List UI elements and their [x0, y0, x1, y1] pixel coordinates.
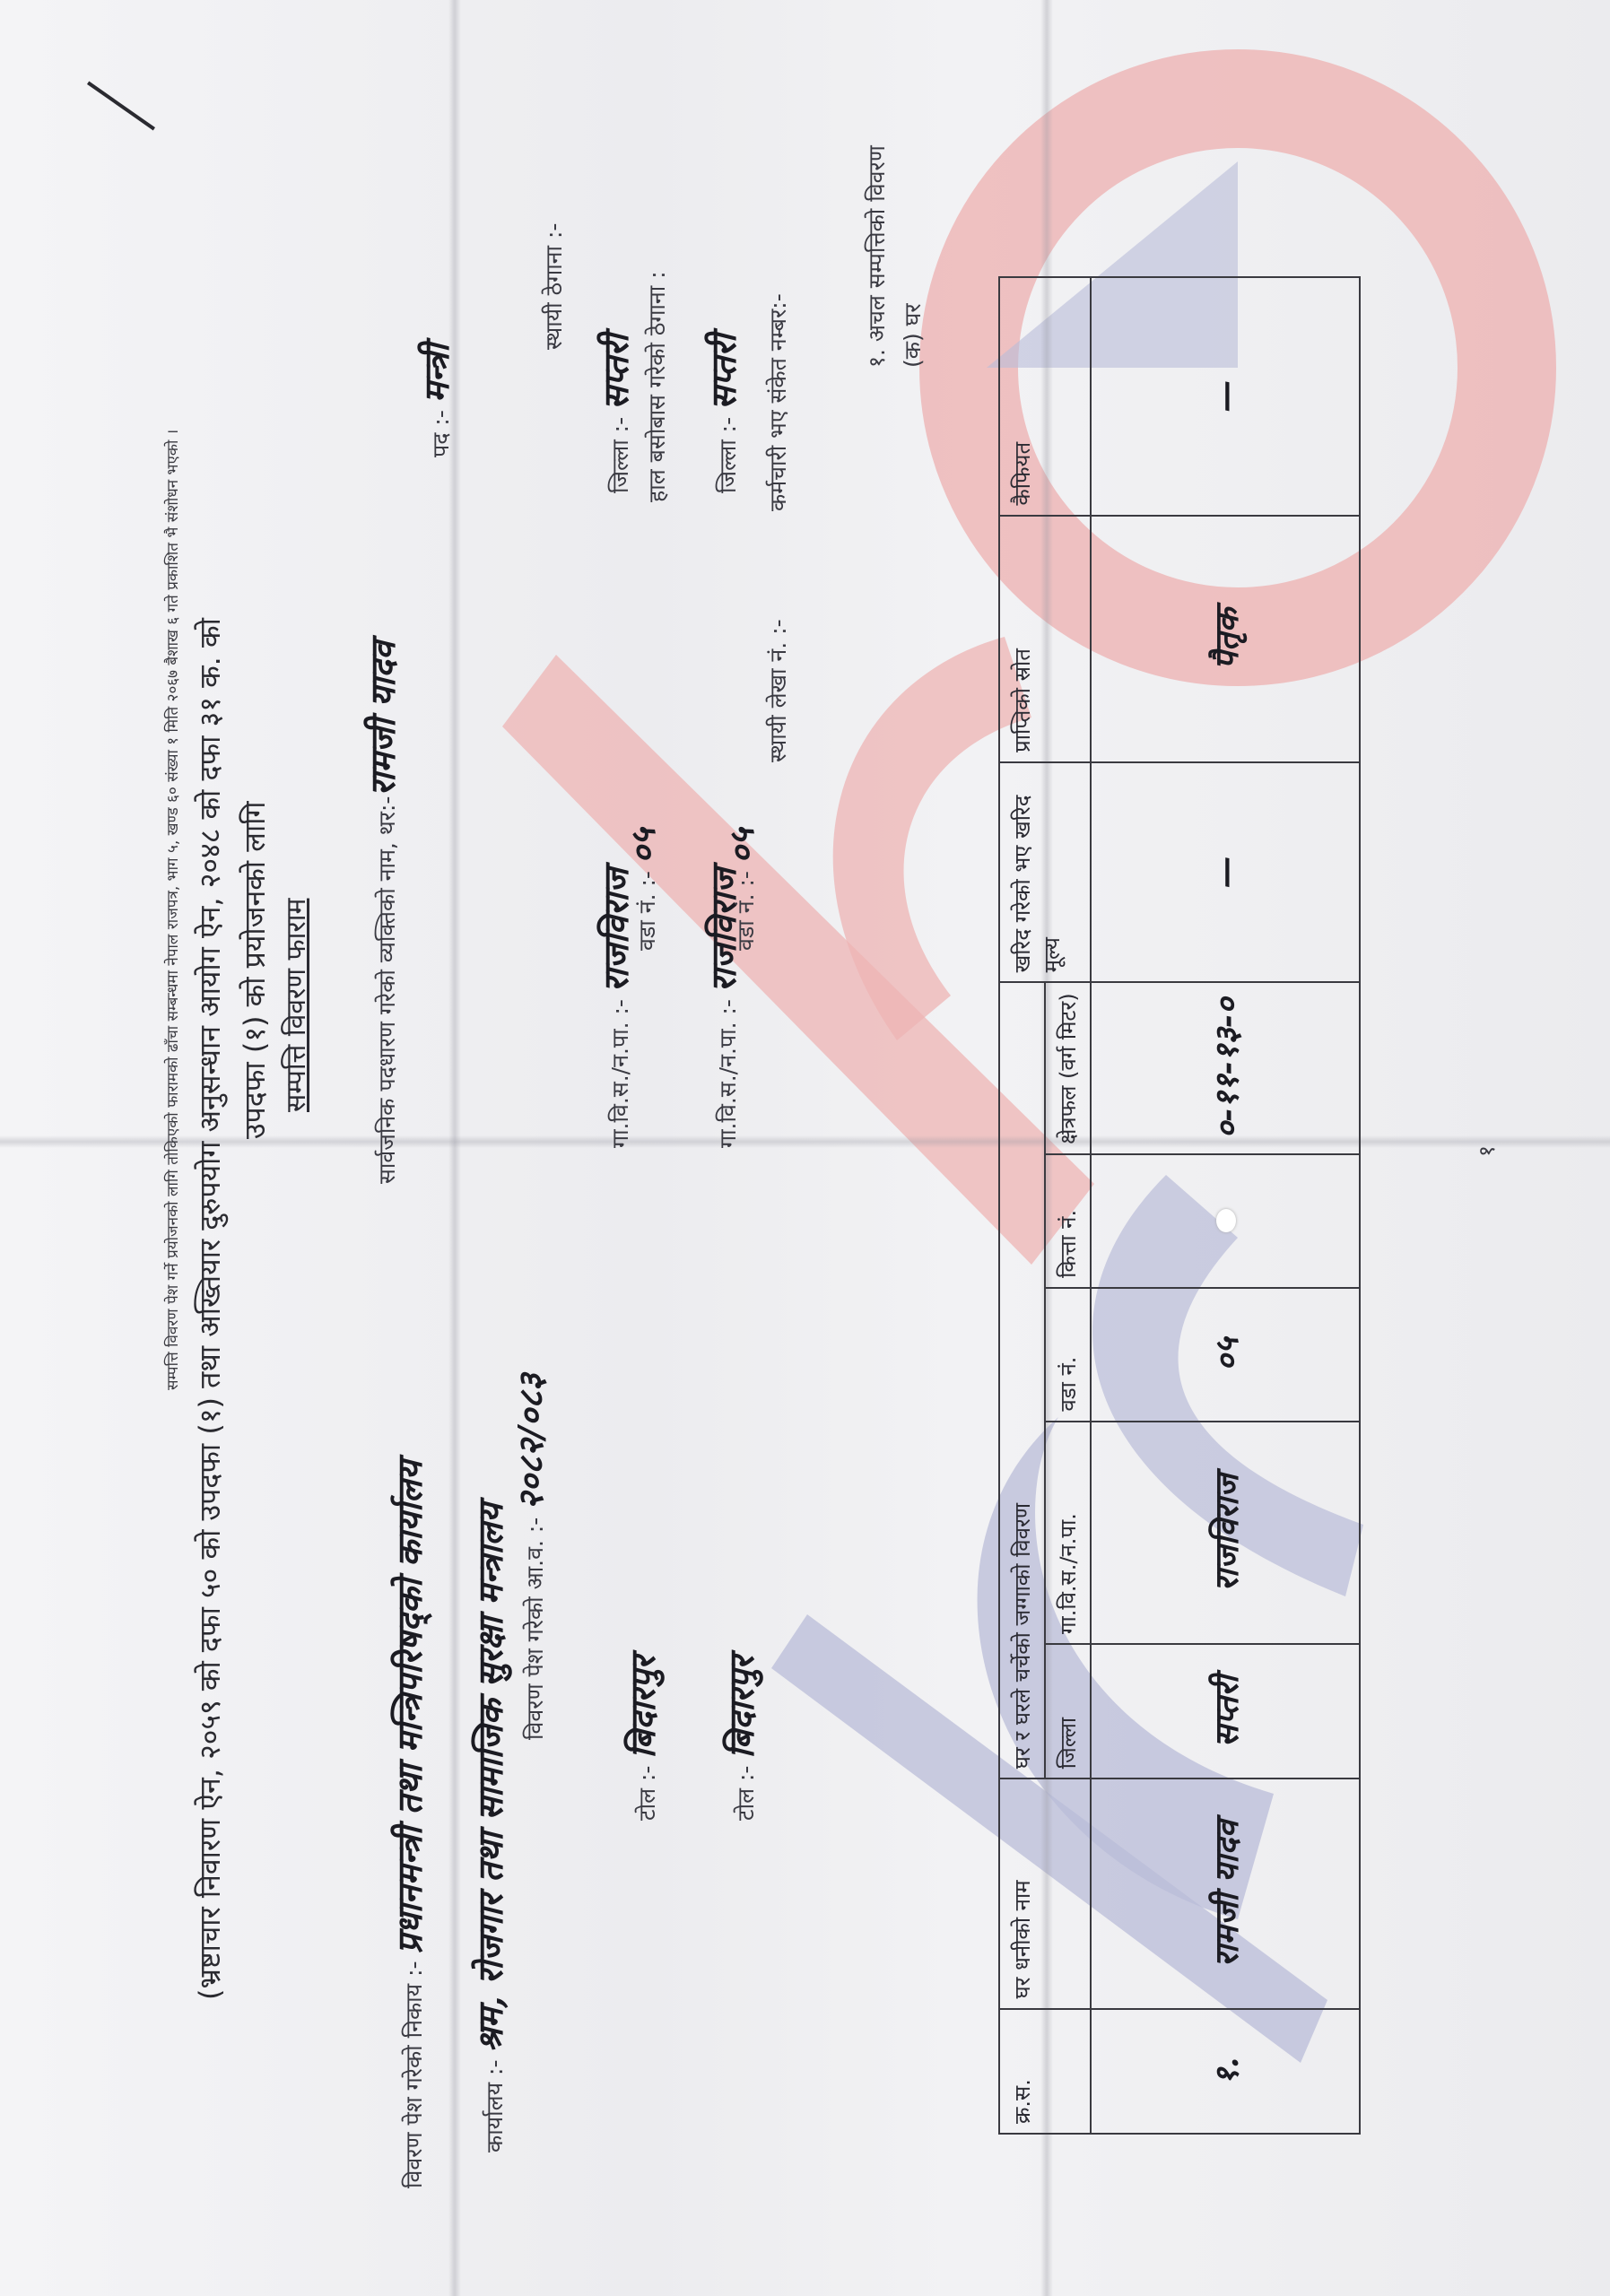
perm-ward-label: वडा नं. :-: [634, 871, 660, 951]
form-title: सम्पत्ति विवरण फाराम: [276, 899, 313, 1112]
section-subheading: (क) घर: [897, 303, 927, 368]
perm-vdc-label: गा.वि.स./न.पा. :-: [607, 999, 633, 1148]
section-heading: १. अचल सम्पत्तिको विवरण: [861, 145, 892, 368]
cur-ward-label: वडा नं. :-: [733, 871, 759, 951]
cell-sn: १.: [1091, 2009, 1360, 2134]
perm-district-value: सप्तरी: [596, 334, 636, 409]
cur-district-label: जिल्ला :-: [715, 417, 741, 493]
header-area: क्षेत्रफल (वर्ग मिटर): [1045, 982, 1091, 1154]
post-label: पद :-: [428, 410, 454, 457]
act-reference-line-1: (भ्रष्टाचार निवारण ऐन, २०५९ को दफा ५० को…: [190, 618, 229, 2000]
cur-tole-value: बिदारपुर: [721, 1656, 761, 1758]
submitting-body-value: प्रधानमन्त्री तथा मन्त्रिपरिषद्को कार्या…: [389, 1461, 430, 1954]
cur-ward-value: ०५: [721, 829, 761, 865]
pen-mark: [87, 82, 155, 131]
redacted-mark: [1216, 1209, 1236, 1232]
perm-tole-label: टोल :-: [634, 1766, 660, 1821]
header-vdc: गा.वि.स./न.पा.: [1045, 1422, 1091, 1644]
header-remarks: कैफियत: [999, 277, 1091, 516]
cell-vdc: राजविराज: [1091, 1422, 1360, 1644]
header-sn: क्र.स.: [999, 2009, 1091, 2134]
cur-tole-label: टोल :-: [733, 1766, 759, 1821]
office-value: श्रम, रोजगार तथा सामाजिक सुरक्षा मन्त्रा…: [470, 1503, 510, 2052]
cell-kitta: [1091, 1154, 1360, 1288]
header-source: प्राप्तिको स्रोत: [999, 516, 1091, 762]
fiscal-year-value: २०८२/०८३: [510, 1374, 551, 1510]
permanent-address-label: स्थायी ठेगाना :-: [538, 223, 569, 350]
current-address-label: हाल बसोबास गरेको ठेगाना :: [641, 271, 672, 502]
header-owner: घर धनीको नाम: [999, 1779, 1091, 2008]
act-reference-line-2: उपदफा (१) को प्रयोजनको लागि: [235, 801, 274, 1139]
cur-vdc-label: गा.वि.स./न.पा. :-: [715, 999, 741, 1148]
header-land-group: घर र घरले चर्चेको जग्गाको विवरण: [999, 982, 1045, 1779]
house-assets-table: क्र.स. घर धनीको नाम घर र घरले चर्चेको जग…: [998, 276, 1361, 2135]
header-district: जिल्ला: [1045, 1644, 1091, 1779]
cell-remarks: —: [1091, 277, 1360, 516]
perm-ward-value: ०५: [622, 829, 663, 865]
employee-code-label: कर्मचारी भए संकेत नम्बर:-: [762, 293, 793, 511]
page-number: १: [1471, 1145, 1501, 1157]
submitting-body-label: विवरण पेश गरेको निकाय :-: [401, 1961, 427, 2188]
cell-district: सप्तरी: [1091, 1644, 1360, 1779]
header-ward: वडा नं.: [1045, 1288, 1091, 1422]
cell-price: —: [1091, 762, 1360, 982]
table-header-row-1: क्र.स. घर धनीको नाम घर र घरले चर्चेको जग…: [999, 277, 1045, 2134]
perm-district-label: जिल्ला :-: [607, 417, 633, 493]
name-label: सार्वजनिक पदधारण गरेको व्यक्तिको नाम, थर…: [374, 796, 400, 1184]
name-value: रामजी यादव: [362, 641, 403, 796]
table-row: १. रामजी यादव सप्तरी राजविराज ०५ ०-११-१३…: [1091, 277, 1360, 2134]
fiscal-year-label: विवरण पेश गरेको आ.व. :-: [522, 1518, 548, 1740]
header-price: खरिद गरेको भए खरिद मूल्य: [999, 762, 1091, 982]
cell-owner: रामजी यादव: [1091, 1779, 1360, 2008]
cur-district-value: सप्तरी: [703, 334, 744, 409]
perm-tole-value: बिदारपुर: [622, 1656, 663, 1758]
office-label: कार्यालय :-: [482, 2060, 508, 2153]
gazette-note: सम्पत्ति विवरण पेश गर्ने प्रयोजनको लागि …: [161, 430, 182, 1390]
cell-source: पैतृक: [1091, 516, 1360, 762]
watermark-logo: [0, 0, 1610, 2296]
asset-declaration-page: सम्पत्ति विवरण पेश गर्ने प्रयोजनको लागि …: [0, 0, 1610, 2296]
cell-ward: ०५: [1091, 1288, 1360, 1422]
cell-area: ०-११-१३-०: [1091, 982, 1360, 1154]
permanent-account-label: स्थायी लेखा नं. :-: [762, 619, 793, 762]
post-value: मन्त्री: [416, 344, 457, 403]
header-kitta: कित्ता नं.: [1045, 1154, 1091, 1288]
